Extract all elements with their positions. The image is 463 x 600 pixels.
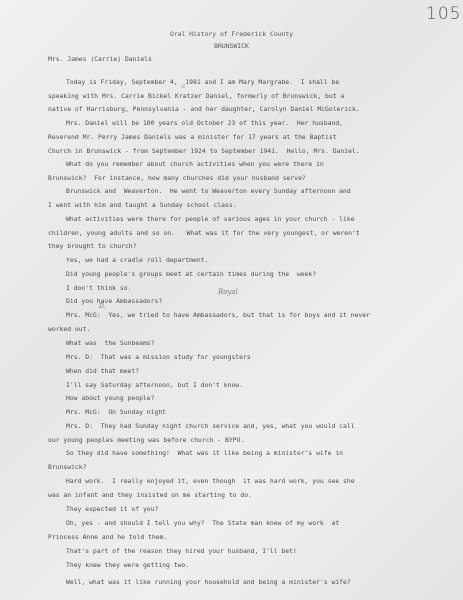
transcript-line: worked out. [48,325,90,333]
transcript-line: Brunswick? [48,463,86,471]
transcript-line: They knew they were getting two. [66,561,189,569]
transcript-line: children, young adults and so on. What w… [48,229,360,237]
transcript-line: speaking with Mrs. Carrie Bickel Kratzer… [48,92,344,100]
transcript-line: They expected it of you? [66,505,158,513]
transcript-line: Oh, yes - and should I tell you why? The… [66,519,339,527]
transcript-line: I went with him and taught a Sunday scho… [48,201,237,209]
transcript-line: How about young people? [66,394,155,402]
transcript-line: That's part of the reason they hired you… [66,547,297,555]
transcript-line: What was the Sunbeams? [66,339,155,347]
page-number: 105 [426,4,461,24]
transcript-line: Yes, we had a cradle roll department. [66,256,208,264]
transcript-line: native of Harrisburg, Pennsylvania - and… [48,105,360,113]
transcript-line: Church in Brunswick - from September 192… [48,147,360,155]
transcript-line: our young peoples meeting was before chu… [48,436,244,444]
transcript-line: Princess Anne and he told them. [48,533,167,541]
interviewee-name: Mrs. James (Carrie) Daniels [48,55,152,63]
transcript-line: they brought to church? [48,242,137,250]
transcript-line: Mrs. McG: On Sunday night [66,408,166,416]
transcript-line: Did young people's groups meet at certai… [66,270,316,278]
handwritten-c-annotation: c [182,83,185,90]
document-title: Oral History of Frederick County [0,30,463,38]
transcript-line: Mrs. D: That was a mission study for you… [66,353,251,361]
document-page: 105 Oral History of Frederick County BRU… [0,0,463,600]
document-subtitle: BRUNSWICK [0,42,463,50]
transcript-line: I don't think so. [66,284,131,292]
transcript-line: Brunswick and Weaverton. He went to Weav… [66,187,351,195]
transcript-line: Mrs. McG: Yes, we tried to have Ambassad… [66,311,370,319]
transcript-line: was an infant and they insisted on me st… [48,491,252,499]
transcript-line: What activities were there for people of… [66,215,355,223]
transcript-line: I'll say Saturday afternoon, but I don't… [66,381,243,389]
handwritten-d-annotation: D. [99,303,106,310]
transcript-line: So they did have something! What was it … [66,449,343,457]
transcript-line: Reverend Mr. Perry James Daniels was a m… [48,133,337,141]
transcript-line: Well, what was it like running your hous… [66,578,351,586]
transcript-line: Today is Friday, September 4, 1981 and I… [66,78,339,86]
handwritten-royal-annotation: Royal [218,288,238,296]
transcript-line: When did that meet? [66,367,139,375]
transcript-line: Mrs. D: They had Sunday night church ser… [66,422,355,430]
transcript-line: Mrs. Daniel will be 100 years old Octobe… [66,119,343,127]
transcript-line: Did you have Ambassadors? [66,297,162,305]
transcript-line: Brunswick? For instance, how many church… [48,174,306,182]
transcript-line: What do you remember about church activi… [66,160,324,168]
transcript-line: Hard work. I really enjoyed it, even tho… [66,477,355,485]
